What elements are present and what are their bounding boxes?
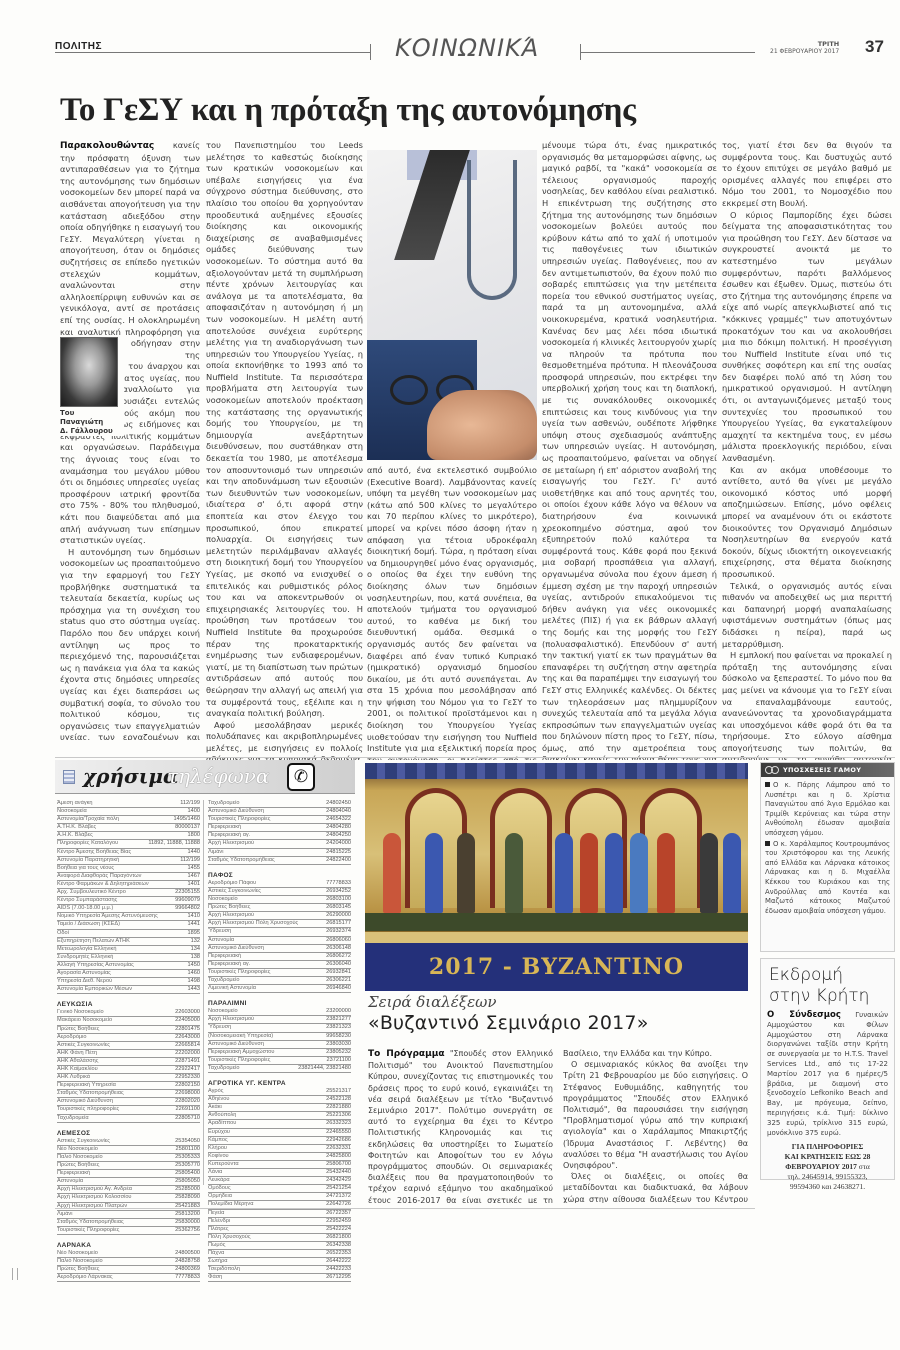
crete-body: Ο Σύνδεσμος Γυναικών Αμμοχώστου και Φίλω… (761, 1007, 894, 1142)
phone-row: Αεροδρόμιο Λάρνακας77778833 (57, 1274, 200, 1282)
phone-row: Άμεση ανάγκη112/199 (57, 800, 200, 808)
phone-row: Νέο Νοσοκομείο24800500 (57, 1250, 200, 1258)
phone-row: Ομόδους25421254 (208, 1185, 351, 1193)
author-caption: Του Παναγιώτη Δ. Γάλλουρου (60, 409, 118, 436)
phone-row: Συνδρομητές Ελληνική138 (57, 954, 200, 962)
page-number: 37 (865, 37, 884, 57)
phone-row: Αρχή Ηλεκτρισμού24204000 (208, 840, 351, 848)
bullet-icon (765, 782, 770, 787)
phone-row: Αρχή Ηλεκτρισμού23821277 (208, 1016, 351, 1024)
phone-row: Πελένδρι22952459 (208, 1218, 351, 1226)
telephone-icon: ✆ (287, 763, 315, 791)
phone-row: Φάση26712295 (208, 1274, 351, 1282)
phones-column-right: Ταχυδρομείο24802450Αστυνομικό Διεύθυνση2… (208, 800, 351, 1282)
phone-row: Αρχή Ηλεκτρισμού Πλατρών25421883 (57, 1203, 200, 1211)
paragraph: Η εμπλοκή που φαίνεται να προκαλεί η πρό… (722, 650, 892, 760)
phone-row: Λιμάνι24815225 (208, 849, 351, 857)
issue-date: ΤΡΙΤΗ 21 ΦΕΒΡΟΥΑΡΙΟΥ 2017 (770, 40, 839, 56)
paragraph: Τελικά, ο οργανισμός αυτός είναι πιθανόν… (722, 581, 892, 651)
phone-row: Αρχ. Συμβουλευτικό Κέντρο22305155 (57, 889, 200, 897)
phone-section-title: ΠΑΡΑΛΙΜΝΙ (208, 1000, 351, 1007)
phone-row: Νομικό Υπηρεσία Άμεσης Αστυνόμευσης1410 (57, 913, 200, 921)
author-photo (60, 337, 118, 407)
phone-row: Τουριστικές Πληροφορίες24654322 (208, 816, 351, 824)
article-column-5: τος, γιατί έτσι δεν θα θιγούν τα συμφέρο… (722, 140, 892, 760)
phone-section-title: ΑΓΡΟΤΙΚΑ ΥΓ. ΚΕΝΤΡΑ (208, 1080, 351, 1087)
phone-row: Α.ΤΗ.Κ. Βλάβες80000137 (57, 824, 200, 832)
paragraph: Αφού μεσολάβησαν μερικές πολυδάπανες και… (206, 720, 363, 760)
phone-row: ΑΗΚ Λυθρικά22952330 (57, 1074, 200, 1082)
phone-row: Αστυνομικό Διεύθυνση23803030 (208, 1041, 351, 1049)
article-column-1: Παρακολουθώντας κανείς την πρόσφατη όξυν… (60, 140, 200, 740)
phone-row: Αστυνομία Εμπορικών Μέσων1443 (57, 986, 200, 994)
section-divider (55, 757, 895, 758)
phone-section-title: ΛΕΥΚΩΣΙΑ (57, 1001, 200, 1008)
phone-row: Νοσοκομείο26803100 (208, 896, 351, 904)
paragraph: Ο σεμιναριακός κύκλος θα ανοίξει την Τρί… (563, 1059, 748, 1171)
phone-row: Τσεριδόπολη24422233 (208, 1266, 351, 1274)
bullet-icon (765, 841, 770, 846)
phone-section-title: ΠΑΦΟΣ (208, 872, 351, 879)
phone-row: Κλήρου22632331 (208, 1145, 351, 1153)
phone-row: Περιφερειακή αγ.26306040 (208, 961, 351, 969)
newspaper-page: ΠΟΛΙΤΗΣ ΚΟΙΝΩΝΙΚΆ ΤΡΙΤΗ 21 ΦΕΒΡΟΥΑΡΙΟΥ 2… (0, 0, 900, 1350)
phone-row: Πάχνα26522353 (208, 1250, 351, 1258)
phone-row: Πρώτες Βοήθειες26803145 (208, 904, 351, 912)
phone-row: ΑΗΚ Φάνη Πέτη22202000 (57, 1050, 200, 1058)
paragraph: Το Πρόγραμμα "Σπουδές στον Ελληνικό Πολι… (368, 1048, 553, 1203)
phone-row: Οδοί1895 (57, 930, 200, 938)
masthead: ΠΟΛΙΤΗΣ ΚΟΙΝΩΝΙΚΆ ΤΡΙΤΗ 21 ΦΕΒΡΟΥΑΡΙΟΥ 2… (55, 34, 890, 64)
phone-row: Λιμενική Αστυνομία26946840 (208, 985, 351, 993)
phone-row: Κυπερούντα25806700 (208, 1161, 351, 1169)
phone-row: Αστυνομικό Διεύθυνση24804040 (208, 808, 351, 816)
rings-icon (765, 766, 781, 774)
seminar-column-2: Βασίλειο, την Ελλάδα και την Κύπρο. Ο σε… (563, 1048, 748, 1203)
phone-row: Αεροδρόμιο Πάφου77778833 (208, 880, 351, 888)
author-box: Του Παναγιώτη Δ. Γάλλουρου (60, 335, 124, 436)
phone-row: Ταχυδρομείο23821444, 23821480 (208, 1065, 351, 1073)
phone-row: Σωτήρα26442222 (208, 1258, 351, 1266)
phone-row: Περιφερειακή26806272 (208, 953, 351, 961)
phone-row: Κοφίνου24825800 (208, 1153, 351, 1161)
paragraph: Όλες οι διαλέξεις, οι οποίες θα μεταδίδο… (563, 1171, 748, 1203)
article-column-2: του Πανεπιστημίου του Leeds μελέτησε το … (206, 140, 363, 760)
phone-row: Περιφερειακή24804280 (208, 824, 351, 832)
phone-row: Λιμάνι25813200 (57, 1211, 200, 1219)
phone-row: Ταμείο / Διάσωση (ΚΣΕΔ)1441 (57, 921, 200, 929)
seminar-title: «Βυζαντινό Σεμινάριο 2017» (368, 1012, 649, 1034)
phone-row: Ταχυδρομεία22805710 (57, 1115, 200, 1123)
phone-section-title: ΛΑΡΝΑΚΑ (57, 1242, 200, 1249)
phone-row: Αεροδρόμιο22643000 (57, 1034, 200, 1042)
phones-title-secondary: τηλέφωνα (167, 764, 269, 788)
phone-row: Αστυνομικό Διεύθυνση22802020 (57, 1098, 200, 1106)
phone-row: Πληροφορίες Καταλόγου11892, 11888, 11888 (57, 840, 200, 848)
phone-row: Μετεωρολογία Ελληνική134 (57, 946, 200, 954)
seminar-column-1: Το Πρόγραμμα "Σπουδές στον Ελληνικό Πολι… (368, 1048, 553, 1203)
issue-day: ΤΡΙΤΗ (770, 40, 839, 48)
paragraph: από αυτό, ένα εκτελεστικό συμβούλιο (Exe… (367, 465, 537, 760)
doctor-photo (367, 150, 537, 460)
paragraph: Βασίλειο, την Ελλάδα και την Κύπρο. (563, 1048, 748, 1059)
phone-row: Αγρός25521317 (208, 1088, 351, 1096)
phone-row: Αστυνομία Παρατηρητική112/199 (57, 857, 200, 865)
phone-row: Ευρύχου22465550 (208, 1129, 351, 1137)
phone-section-title: ΛΕΜΕΣΟΣ (57, 1130, 200, 1137)
paragraph: Η αυτονόμηση των δημόσιων νοσοκομείων ως… (60, 547, 200, 740)
phone-row: Λάνια25432440 (208, 1169, 351, 1177)
paragraph: του Πανεπιστημίου του Leeds μελέτησε το … (206, 140, 363, 720)
phone-row: Πόλη Χρυσοχούς26821800 (208, 1234, 351, 1242)
crete-contact-info: ΓΙΑ ΠΛΗΡΟΦΟΡΙΕΣ ΚΑΙ ΚΡΑΤΗΣΕΙΣ ΕΩΣ 28 ΦΕΒ… (761, 1142, 894, 1191)
phone-row: Νοσοκομείο23200000 (208, 1008, 351, 1016)
phone-row: Μακάρειο Νοσοκομείο22405000 (57, 1017, 200, 1025)
phone-row: Τουριστικές Πληροφορίες25362756 (57, 1227, 200, 1235)
phone-row: Κέντρο Συμπαράστασης99609079 (57, 897, 200, 905)
article-headline: Το ΓεΣΥ και η πρόταξη της αυτονόμησης (60, 92, 636, 129)
useful-phones-box: χρήσιμα τηλέφωνα ✆ Άμεση ανάγκη112/199Νο… (55, 760, 355, 1185)
phone-row: Ύδρευση26932374 (208, 928, 351, 936)
phone-row: Αρχή Ηλεκτρισμού Κολοσσίου25828090 (57, 1194, 200, 1202)
phone-row: Ύδρευση23821323 (208, 1024, 351, 1032)
seminar-banner: 2017 - ΒΥΖΑΝΤΙΝΟ ΣΕΜΙΝΑΡΙΟ (365, 943, 748, 991)
phone-row: Σταθμός Υδατοπρομήθειας25830000 (57, 1219, 200, 1227)
phone-row: Περιφερειακή25805400 (57, 1170, 200, 1178)
masthead-rule-left (55, 52, 370, 53)
phone-row: Αναφορά Διαφθοράς Παραγόντων1467 (57, 873, 200, 881)
phone-row: Αστικές Συγκοινωνίες22665814 (57, 1042, 200, 1050)
phone-row: Νοσοκομεία1400 (57, 808, 200, 816)
phone-row: Αστυνομικό Διεύθυνση26306148 (208, 945, 351, 953)
phone-row: Περιφερειακή Αμμοχώστου23805232 (208, 1049, 351, 1057)
phone-row: Ανθούπολη25221306 (208, 1112, 351, 1120)
phone-row: Παλιό Νοσοκομείο25305333 (57, 1154, 200, 1162)
column-divider (203, 800, 204, 1185)
phones-header: χρήσιμα τηλέφωνα ✆ (55, 760, 355, 794)
stethoscope-graphic (467, 160, 517, 300)
phone-row: Τουριστικές Πληροφορίες23721100 (208, 1057, 351, 1065)
phone-row: Πρώτες Βοήθειες25305770 (57, 1162, 200, 1170)
phone-row: Περιφερειακή Υπηρεσία22802150 (57, 1082, 200, 1090)
phone-row: Α.Η.Κ. Βλάβες1800 (57, 832, 200, 840)
masthead-rule-right (580, 52, 755, 53)
phone-row: Ταχυδρομείο26306221 (208, 977, 351, 985)
byzantine-seminar-image: 2017 - ΒΥΖΑΝΤΙΝΟ ΣΕΜΙΝΑΡΙΟ (365, 763, 748, 991)
phone-row: Ταχυδρομείο24802450 (208, 800, 351, 808)
phone-row: Πωμός26342338 (208, 1242, 351, 1250)
paragraph: Ο κύριος Παμπορίδης έχει δώσει δείγματα … (722, 210, 892, 465)
lead-word: Ο Σύνδεσμος (767, 1010, 841, 1020)
phone-row: Παλιό Νοσοκομείο24828758 (57, 1258, 200, 1266)
crete-trip-box: Εκδρομή στην Κρήτη Ο Σύνδεσμος Γυναικών … (760, 958, 895, 1180)
phone-row: Αρχή Ηλεκτρισμού26290000 (208, 912, 351, 920)
lead-word: Το Πρόγραμμα (368, 1049, 445, 1059)
phone-row: Πρώτες Βοήθειες22801475 (57, 1026, 200, 1034)
phone-row: Αλλαγή Υπηρεσίας Αστυνομίας1450 (57, 962, 200, 970)
phone-row: Αρχή Ηλεκτρισμού Πόλη Χρυσοχούς26815177 (208, 920, 351, 928)
phone-row: Νέο Νοσοκομείο25801100 (57, 1146, 200, 1154)
wedding-announcements-box: ΥΠΟΣΧΕΣΕΙΣ ΓΑΜΟΥ Ο κ. Πάρης Λάμπρου από … (760, 762, 895, 952)
issue-date-text: 21 ΦΕΒΡΟΥΑΡΙΟΥ 2017 (770, 48, 839, 55)
phone-row: ΑΗΚ Αθαλάσσης22871491 (57, 1058, 200, 1066)
phone-row: Ακάκι22821880 (208, 1104, 351, 1112)
phone-row: Πεγεία26722357 (208, 1210, 351, 1218)
lead-word: Παρακολουθώντας (60, 141, 154, 151)
paper-name: ΠΟΛΙΤΗΣ (55, 41, 102, 52)
article-column-3: από αυτό, ένα εκτελεστικό συμβούλιο (Exe… (367, 465, 537, 760)
paragraph: μένουμε τώρα ότι, ένας ημικρατικός οργαν… (542, 140, 717, 760)
wedding-header: ΥΠΟΣΧΕΣΕΙΣ ΓΑΜΟΥ (761, 763, 894, 777)
phones-column-left: Άμεση ανάγκη112/199Νοσοκομεία1400Αστυνομ… (57, 800, 200, 1282)
phone-row: Τουριστικές Πληροφορίες26932841 (208, 969, 351, 977)
phone-row: Αρχή Ηλεκτρισμού Αγ. Ανδρέα25285000 (57, 1186, 200, 1194)
paragraph: Και αν ακόμα υποθέσουμε το αντίθετο, αυτ… (722, 465, 892, 581)
phone-row: Πρώτες Βοήθειες24800369 (57, 1266, 200, 1274)
phone-row: Πλάτρες25422224 (208, 1226, 351, 1234)
phone-row: Αστυνομία/Τροχαία πόλη1495/1460 (57, 816, 200, 824)
phone-row: Σταθμός Υδατοπρομήθειας22698000 (57, 1090, 200, 1098)
seminar-kicker: Σειρά διαλέξεων (368, 993, 497, 1011)
phone-row: Αστικές Συγκοινωνίες26934252 (208, 888, 351, 896)
phone-row: Κέντρο Άμεσης Βοήθειας Βίας1440 (57, 849, 200, 857)
wedding-item: Ο κ. Χαράλαμπος Κουτρουμπάνος του Χριστό… (765, 840, 890, 917)
phone-row: Υπηρεσία Διεθ. Νερού1498 (57, 978, 200, 986)
phone-row: ΑΗΚ Καϊμακλίου22922417 (57, 1066, 200, 1074)
crete-title: Εκδρομή στην Κρήτη (761, 959, 894, 1007)
phone-row: Σταθμός Υδατοπρομήθειας24822400 (208, 857, 351, 865)
phone-row: Αθηένου24522128 (208, 1096, 351, 1104)
section-title: ΚΟΙΝΩΝΙΚΆ (395, 34, 539, 62)
phone-row: Ορμήδεια24721372 (208, 1193, 351, 1201)
phone-row: Αστυνομία26806060 (208, 937, 351, 945)
scan-mark (12, 1268, 18, 1280)
phone-row: Αγορασία Αστυνομίας1460 (57, 970, 200, 978)
wedding-item: Ο κ. Πάρης Λάμπρου από το Λυσπέτρι και η… (765, 781, 890, 839)
phone-row: Αραδίππου26332323 (208, 1120, 351, 1128)
phones-title-primary: χρήσιμα (83, 764, 178, 788)
phone-row: Κέντρο Φαρμάκων & Δηλητηριάσεων1401 (57, 881, 200, 889)
phone-row: Αστικές Συγκοινωνίες25354050 (57, 1138, 200, 1146)
phone-row: Γενικό Νοσοκομείο22603000 (57, 1009, 200, 1017)
phone-row: Αστυνομία25805050 (57, 1178, 200, 1186)
phone-row: Τουριστικές πληροφορίες22691100 (57, 1106, 200, 1114)
directory-icon (63, 770, 75, 784)
phone-row: AIDS (7.00-18.00 μ.μ.)99664802 (57, 905, 200, 913)
phone-row: (Νοσοκομειακή Υπηρεσία)99658230 (208, 1033, 351, 1041)
masthead-tick (370, 44, 371, 60)
paragraph: τος, γιατί έτσι δεν θα θιγούν τα συμφέρο… (722, 140, 892, 210)
phone-row: Λευκάρα24342429 (208, 1177, 351, 1185)
article-column-4: μένουμε τώρα ότι, ένας ημικρατικός οργαν… (542, 140, 717, 760)
phone-row: Εξυπηρέτηση Πελατών ΑΤΗΚ132 (57, 938, 200, 946)
phone-row: Περιφερειακή αγ.24804250 (208, 832, 351, 840)
bottom-divider (55, 1208, 755, 1209)
phone-row: Βοήθεια για τους νέους1455 (57, 865, 200, 873)
phone-row: Κάμπος22942686 (208, 1137, 351, 1145)
